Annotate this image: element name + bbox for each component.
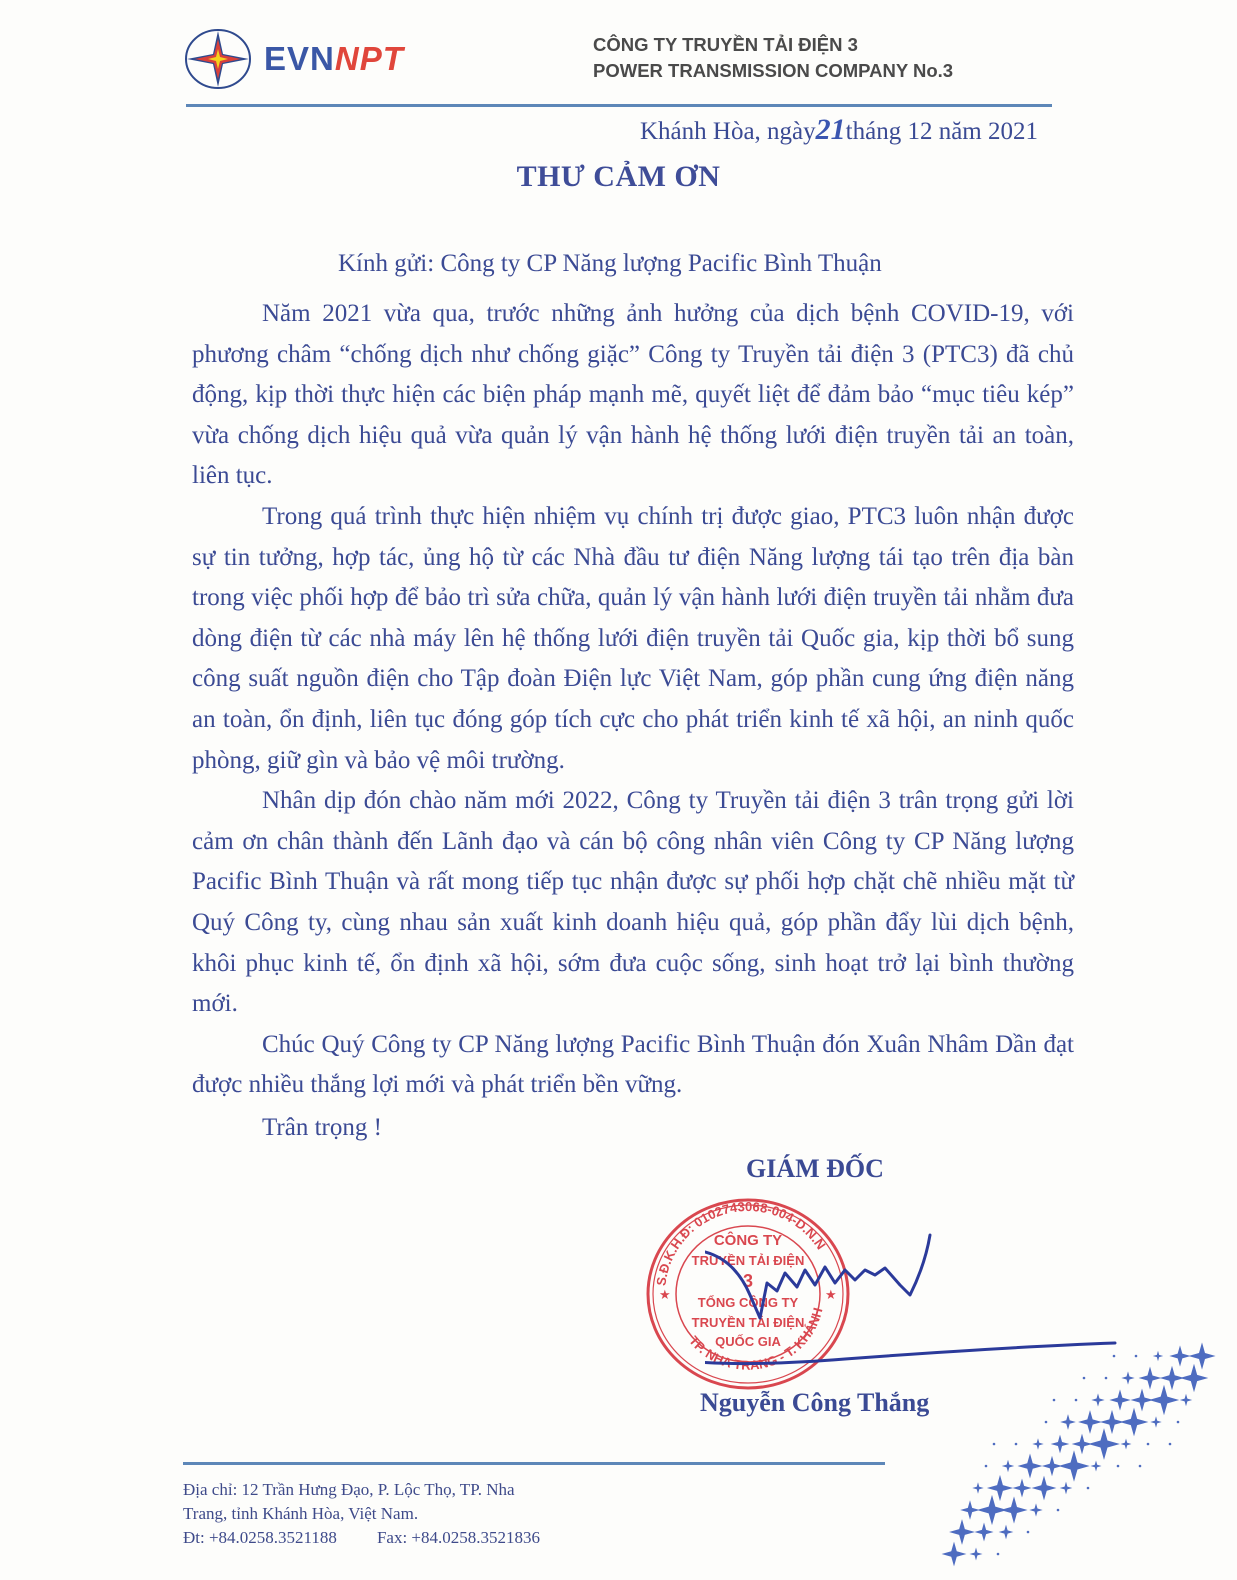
footer-divider: [183, 1462, 885, 1465]
company-name: CÔNG TY TRUYỀN TẢI ĐIỆN 3 POWER TRANSMIS…: [593, 32, 953, 84]
address-line-1: Địa chỉ: 12 Trần Hưng Đạo, P. Lộc Thọ, T…: [183, 1478, 540, 1502]
contact-numbers: Đt: +84.0258.3521188Fax: +84.0258.352183…: [183, 1526, 540, 1550]
paragraph-1: Năm 2021 vừa qua, trước những ảnh hưởng …: [192, 294, 1074, 497]
paragraph-2: Trong quá trình thực hiện nhiệm vụ chính…: [192, 497, 1074, 781]
address-line-2: Trang, tỉnh Khánh Hòa, Việt Nam.: [183, 1502, 540, 1526]
closing: Trân trọng !: [262, 1114, 382, 1142]
salutation: Kính gửi: Công ty CP Năng lượng Pacific …: [338, 250, 882, 278]
paragraph-4: Chúc Quý Công ty CP Năng lượng Pacific B…: [192, 1025, 1074, 1106]
date-suffix: tháng 12 năm 2021: [846, 118, 1038, 145]
header-divider: [186, 104, 1052, 107]
logo-npt: NPT: [335, 40, 404, 77]
date-day-handwritten: 21: [816, 113, 846, 146]
letter-body: Năm 2021 vừa qua, trước những ảnh hưởng …: [192, 294, 1074, 1106]
evnnpt-star-logo-icon: [183, 27, 253, 91]
footer-contact: Địa chỉ: 12 Trần Hưng Đạo, P. Lộc Thọ, T…: [183, 1478, 540, 1550]
signer-name: Nguyễn Công Thắng: [700, 1388, 929, 1418]
letter-title: THƯ CẢM ƠN: [0, 160, 1237, 194]
company-name-vi: CÔNG TY TRUYỀN TẢI ĐIỆN 3: [593, 32, 953, 58]
brand-logo: EVNNPT: [264, 40, 404, 78]
signer-title: GIÁM ĐỐC: [746, 1154, 884, 1184]
letter-date: Khánh Hòa, ngày21tháng 12 năm 2021: [640, 113, 1038, 147]
logo-evn: EVN: [264, 40, 335, 77]
company-name-en: POWER TRANSMISSION COMPANY No.3: [593, 58, 953, 84]
decorative-stars-icon: [900, 1330, 1237, 1580]
phone-number: Đt: +84.0258.3521188: [183, 1528, 337, 1547]
svg-text:★: ★: [659, 1287, 671, 1302]
paragraph-3: Nhân dịp đón chào năm mới 2022, Công ty …: [192, 781, 1074, 1025]
fax-number: Fax: +84.0258.3521836: [377, 1528, 540, 1547]
date-prefix: Khánh Hòa, ngày: [640, 118, 816, 145]
